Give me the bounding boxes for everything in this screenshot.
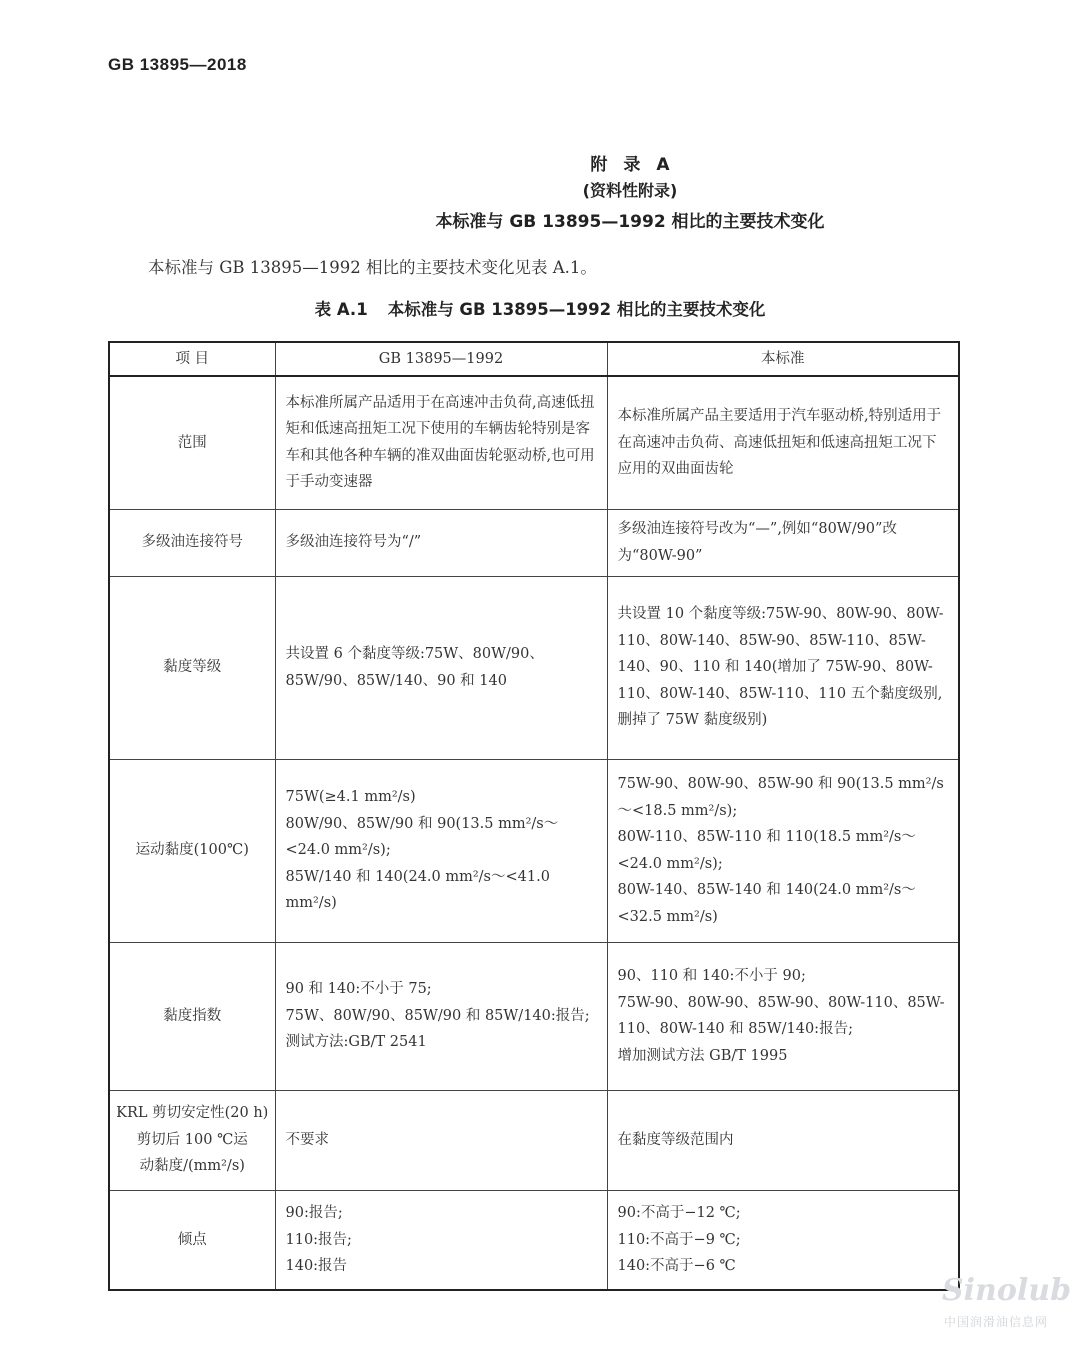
- watermark-logo: Sinolub: [942, 1273, 1071, 1308]
- new-line: 增加测试方法 GB/T 1995: [618, 1043, 949, 1070]
- table-row: 黏度等级 共设置 6 个黏度等级:75W、80W/90、85W/90、85W/1…: [109, 576, 959, 759]
- new-line: 75W-90、80W-90、85W-90、80W-110、85W-110、80W…: [618, 990, 949, 1043]
- table-caption-title: 本标准与 GB 13895—1992 相比的主要技术变化: [388, 300, 766, 319]
- table-header-row: 项 目 GB 13895—1992 本标准: [109, 342, 959, 376]
- standard-number-header: GB 13895—2018: [108, 55, 247, 75]
- row-new: 本标准所属产品主要适用于汽车驱动桥,特别适用于在高速冲击负荷、高速低扭矩和低速高…: [607, 376, 959, 509]
- row-old: 本标准所属产品适用于在高速冲击负荷,高速低扭矩和低速高扭矩工况下使用的车辆齿轮特…: [275, 376, 607, 509]
- old-line: 测试方法:GB/T 2541: [286, 1029, 597, 1056]
- table-caption-number: 表 A.1: [315, 300, 368, 319]
- row-item: 范围: [109, 376, 275, 509]
- row-new: 75W-90、80W-90、85W-90 和 90(13.5 mm²/s～<18…: [607, 759, 959, 942]
- old-line: 本标准所属产品适用于在高速冲击负荷,高速低扭矩和低速高扭矩工况下使用的车辆齿轮特…: [286, 390, 597, 496]
- row-item: 倾点: [109, 1190, 275, 1290]
- header-new-standard: 本标准: [607, 342, 959, 376]
- watermark-site-name: 中国润滑油信息网: [944, 1313, 1048, 1330]
- row-old: 90 和 140:不小于 75; 75W、80W/90、85W/90 和 85W…: [275, 942, 607, 1090]
- new-line: 本标准所属产品主要适用于汽车驱动桥,特别适用于在高速冲击负荷、高速低扭矩和低速高…: [618, 403, 949, 483]
- item-line: 运动黏度(100℃): [112, 837, 273, 864]
- row-new: 90:不高于−12 ℃; 110:不高于−9 ℃; 140:不高于−6 ℃: [607, 1190, 959, 1290]
- row-item: 黏度指数: [109, 942, 275, 1090]
- table-row: KRL 剪切安定性(20 h) 剪切后 100 ℃运 动黏度/(mm²/s) 不…: [109, 1090, 959, 1190]
- row-old: 多级油连接符号为“/”: [275, 509, 607, 576]
- row-item: 运动黏度(100℃): [109, 759, 275, 942]
- new-line: 80W-110、85W-110 和 110(18.5 mm²/s～<24.0 m…: [618, 824, 949, 877]
- old-line: 90:报告;: [286, 1200, 597, 1227]
- item-line: 范围: [112, 430, 273, 457]
- new-line: 110:不高于−9 ℃;: [618, 1227, 949, 1254]
- old-line: 110:报告;: [286, 1227, 597, 1254]
- row-old: 90:报告; 110:报告; 140:报告: [275, 1190, 607, 1290]
- old-line: 多级油连接符号为“/”: [286, 529, 597, 556]
- new-line: 75W-90、80W-90、85W-90 和 90(13.5 mm²/s～<18…: [618, 771, 949, 824]
- appendix-label-part: 附: [590, 155, 607, 175]
- new-line: 在黏度等级范围内: [618, 1127, 949, 1154]
- item-line: 黏度指数: [112, 1003, 273, 1030]
- row-new: 在黏度等级范围内: [607, 1090, 959, 1190]
- new-line: 共设置 10 个黏度等级:75W-90、80W-90、80W-110、80W-1…: [618, 601, 949, 734]
- appendix-label-part: 录: [623, 155, 640, 175]
- row-old: 不要求: [275, 1090, 607, 1190]
- row-new: 90、110 和 140:不小于 90; 75W-90、80W-90、85W-9…: [607, 942, 959, 1090]
- row-item: 黏度等级: [109, 576, 275, 759]
- row-old: 75W(≥4.1 mm²/s) 80W/90、85W/90 和 90(13.5 …: [275, 759, 607, 942]
- row-old: 共设置 6 个黏度等级:75W、80W/90、85W/90、85W/140、90…: [275, 576, 607, 759]
- item-line: 多级油连接符号: [112, 529, 273, 556]
- row-item: 多级油连接符号: [109, 509, 275, 576]
- new-line: 90、110 和 140:不小于 90;: [618, 963, 949, 990]
- old-line: 不要求: [286, 1127, 597, 1154]
- old-line: 80W/90、85W/90 和 90(13.5 mm²/s～<24.0 mm²/…: [286, 811, 597, 864]
- old-line: 共设置 6 个黏度等级:75W、80W/90、85W/90、85W/140、90…: [286, 641, 597, 694]
- old-line: 75W(≥4.1 mm²/s): [286, 784, 597, 811]
- old-line: 85W/140 和 140(24.0 mm²/s～<41.0 mm²/s): [286, 864, 597, 917]
- appendix-label-part: A: [656, 155, 669, 175]
- item-line: 黏度等级: [112, 654, 273, 681]
- table-row: 倾点 90:报告; 110:报告; 140:报告 90:不高于−12 ℃; 11…: [109, 1190, 959, 1290]
- header-old-standard: GB 13895—1992: [275, 342, 607, 376]
- comparison-table: 项 目 GB 13895—1992 本标准 范围 本标准所属产品适用于在高速冲击…: [108, 341, 960, 1291]
- item-line: KRL 剪切安定性(20 h): [112, 1100, 273, 1127]
- table-row: 运动黏度(100℃) 75W(≥4.1 mm²/s) 80W/90、85W/90…: [109, 759, 959, 942]
- new-line: 90:不高于−12 ℃;: [618, 1200, 949, 1227]
- intro-paragraph: 本标准与 GB 13895—1992 相比的主要技术变化见表 A.1。: [148, 254, 597, 278]
- old-line: 75W、80W/90、85W/90 和 85W/140:报告;: [286, 1003, 597, 1030]
- watermark: Sinolub 中国润滑油信息网: [928, 1277, 1058, 1337]
- table-row: 黏度指数 90 和 140:不小于 75; 75W、80W/90、85W/90 …: [109, 942, 959, 1090]
- table-caption: 表 A.1本标准与 GB 13895—1992 相比的主要技术变化: [0, 296, 1080, 320]
- item-line: 剪切后 100 ℃运: [112, 1127, 273, 1154]
- old-line: 140:报告: [286, 1253, 597, 1280]
- new-line: 140:不高于−6 ℃: [618, 1253, 949, 1280]
- appendix-title: 本标准与 GB 13895—1992 相比的主要技术变化: [90, 207, 1080, 232]
- appendix-label: 附录A: [90, 150, 1080, 175]
- item-line: 倾点: [112, 1227, 273, 1254]
- table-row: 范围 本标准所属产品适用于在高速冲击负荷,高速低扭矩和低速高扭矩工况下使用的车辆…: [109, 376, 959, 509]
- item-line: 动黏度/(mm²/s): [112, 1153, 273, 1180]
- row-new: 多级油连接符号改为“—”,例如“80W/90”改为“80W-90”: [607, 509, 959, 576]
- row-new: 共设置 10 个黏度等级:75W-90、80W-90、80W-110、80W-1…: [607, 576, 959, 759]
- row-item: KRL 剪切安定性(20 h) 剪切后 100 ℃运 动黏度/(mm²/s): [109, 1090, 275, 1190]
- header-item: 项 目: [109, 342, 275, 376]
- old-line: 90 和 140:不小于 75;: [286, 976, 597, 1003]
- table-row: 多级油连接符号 多级油连接符号为“/” 多级油连接符号改为“—”,例如“80W/…: [109, 509, 959, 576]
- new-line: 80W-140、85W-140 和 140(24.0 mm²/s～<32.5 m…: [618, 877, 949, 930]
- appendix-type: (资料性附录): [90, 178, 1080, 201]
- new-line: 多级油连接符号改为“—”,例如“80W/90”改为“80W-90”: [618, 516, 949, 569]
